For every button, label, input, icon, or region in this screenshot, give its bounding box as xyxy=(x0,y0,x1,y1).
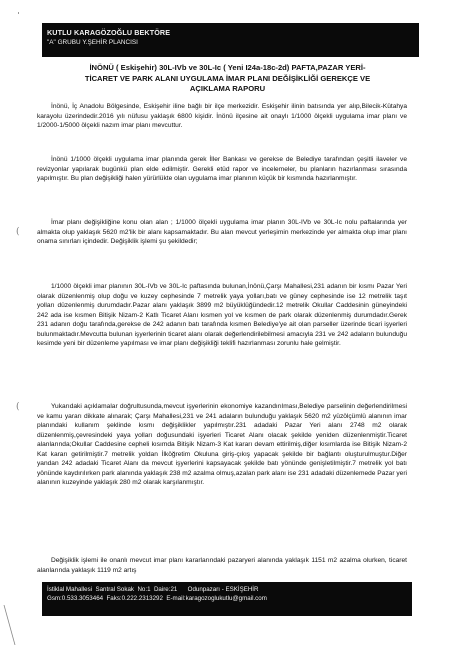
report-title-line: TİCARET VE PARK ALANI UYGULAMA İMAR PLAN… xyxy=(30,74,425,85)
paragraph-changes: Yukarıdaki açıklamalar doğrultusunda,mev… xyxy=(37,402,407,488)
author-title: "A" GRUBU Y.ŞEHİR PLANCISI xyxy=(47,38,419,48)
paragraph-intro: İnönü, İç Anadolu Bölgesinde, Eskişehir … xyxy=(37,102,407,131)
letterhead-header: KUTLU KARAGÖZOĞLU BEKTÖRE "A" GRUBU Y.ŞE… xyxy=(42,23,419,57)
paragraph: İnönü, İç Anadolu Bölgesinde, Eskişehir … xyxy=(37,102,407,131)
paragraph: Değişiklik işlemi ile onanlı mevcut imar… xyxy=(37,556,407,575)
report-title: İNÖNÜ ( Eskişehir) 30L-IVb ve 30L-Ic ( Y… xyxy=(30,63,425,95)
paragraph: Yukarıdaki açıklamalar doğrultusunda,mev… xyxy=(37,402,407,488)
scan-edge-mark xyxy=(3,605,17,645)
report-title-line: AÇIKLAMA RAPORU xyxy=(30,84,425,95)
footer-contact: Gsm:0.533.3053464 Faks:0.222.2313292 E-m… xyxy=(47,595,412,604)
paragraph-subject-area: İmar planı değişikliğine konu olan alan … xyxy=(37,218,407,247)
paragraph-summary: Değişiklik işlemi ile onanlı mevcut imar… xyxy=(37,556,407,575)
paragraph-plan-history: İnönü 1/1000 ölçekli uygulama imar planı… xyxy=(37,155,407,184)
author-name: KUTLU KARAGÖZOĞLU BEKTÖRE xyxy=(47,28,419,38)
margin-bracket-mark: ( xyxy=(16,402,20,412)
footer-address: İstiklal Mahallesi Santral Sokak No:1 Da… xyxy=(47,586,412,595)
document-page: KUTLU KARAGÖZOĞLU BEKTÖRE "A" GRUBU Y.ŞE… xyxy=(0,0,454,650)
paragraph: İmar planı değişikliğine konu olan alan … xyxy=(37,218,407,247)
report-title-line: İNÖNÜ ( Eskişehir) 30L-IVb ve 30L-Ic ( Y… xyxy=(30,63,425,74)
scan-speck xyxy=(18,12,19,14)
paragraph-current-state: 1/1000 ölçekli imar planının 30L-IVb ve … xyxy=(37,282,407,349)
paragraph: İnönü 1/1000 ölçekli uygulama imar planı… xyxy=(37,155,407,184)
letterhead-footer: İstiklal Mahallesi Santral Sokak No:1 Da… xyxy=(42,582,412,616)
paragraph: 1/1000 ölçekli imar planının 30L-IVb ve … xyxy=(37,282,407,349)
margin-bracket-mark: ( xyxy=(16,227,20,237)
